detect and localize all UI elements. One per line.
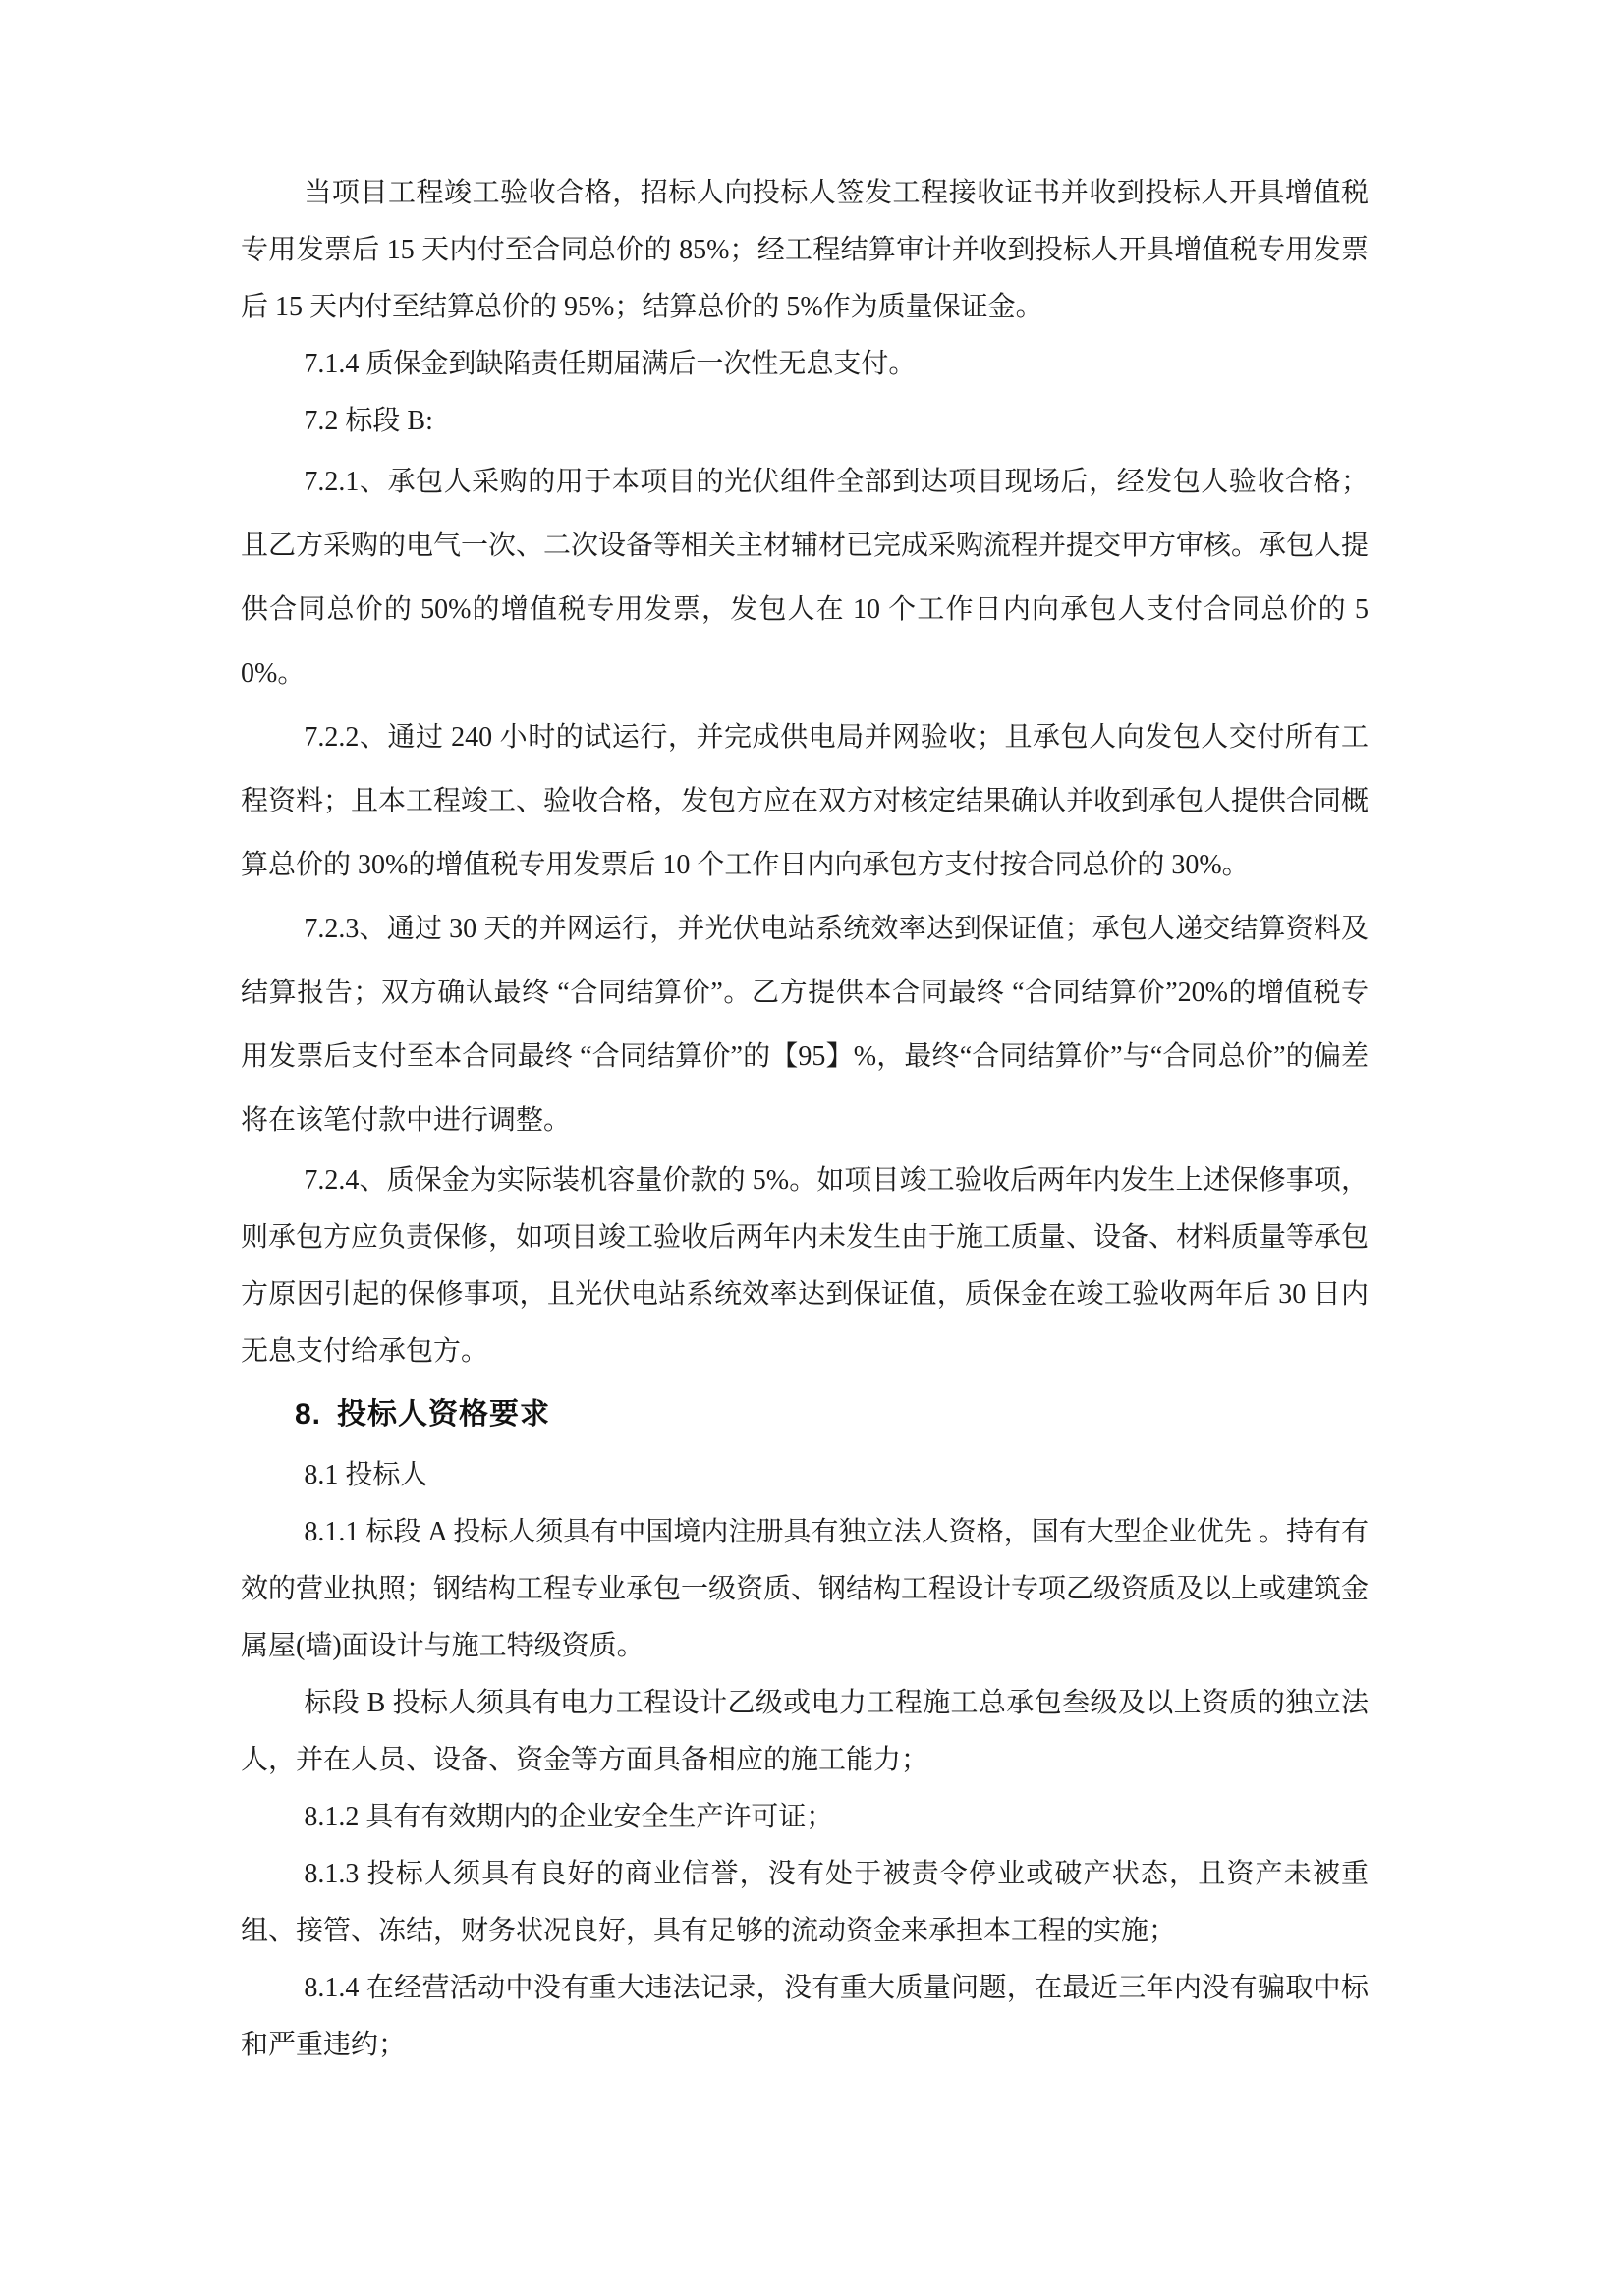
section-8-number: 8. (295, 1386, 321, 1443)
paragraph-payment-after-acceptance: 当项目工程竣工验收合格，招标人向投标人签发工程接收证书并收到投标人开具增值税专用… (241, 165, 1369, 336)
paragraph-7-2: 7.2 标段 B: (241, 393, 1369, 450)
paragraph-8-1-4: 8.1.4 在经营活动中没有重大违法记录，没有重大质量问题，在最近三年内没有骗取… (241, 1960, 1369, 2074)
paragraph-7-2-3: 7.2.3、通过 30 天的并网运行，并光伏电站系统效率达到保证值；承包人递交结… (241, 897, 1369, 1152)
paragraph-7-2-2: 7.2.2、通过 240 小时的试运行，并完成供电局并网验收；且承包人向发包人交… (241, 705, 1369, 897)
paragraph-8-1-1: 8.1.1 标段 A 投标人须具有中国境内注册具有独立法人资格，国有大型企业优先… (241, 1504, 1369, 1675)
paragraph-8-1: 8.1 投标人 (241, 1447, 1369, 1504)
paragraph-7-1-4: 7.1.4 质保金到缺陷责任期届满后一次性无息支付。 (241, 336, 1369, 393)
paragraph-8-1-3: 8.1.3 投标人须具有良好的商业信誉，没有处于被责令停业或破产状态，且资产未被… (241, 1846, 1369, 1960)
paragraph-7-2-4: 7.2.4、质保金为实际装机容量价款的 5%。如项目竣工验收后两年内发生上述保修… (241, 1152, 1369, 1380)
page-content: 当项目工程竣工验收合格，招标人向投标人签发工程接收证书并收到投标人开具增值税专用… (241, 165, 1369, 2074)
paragraph-8-1-1-section-b: 标段 B 投标人须具有电力工程设计乙级或电力工程施工总承包叁级及以上资质的独立法… (241, 1675, 1369, 1789)
section-8-heading: 8.投标人资格要求 (295, 1386, 1369, 1443)
paragraph-7-2-1: 7.2.1、承包人采购的用于本项目的光伏组件全部到达项目现场后，经发包人验收合格… (241, 450, 1369, 705)
document-page: 当项目工程竣工验收合格，招标人向投标人签发工程接收证书并收到投标人开具增值税专用… (0, 0, 1624, 2296)
paragraph-8-1-2: 8.1.2 具有有效期内的企业安全生产许可证； (241, 1789, 1369, 1846)
section-8-title: 投标人资格要求 (337, 1398, 550, 1430)
